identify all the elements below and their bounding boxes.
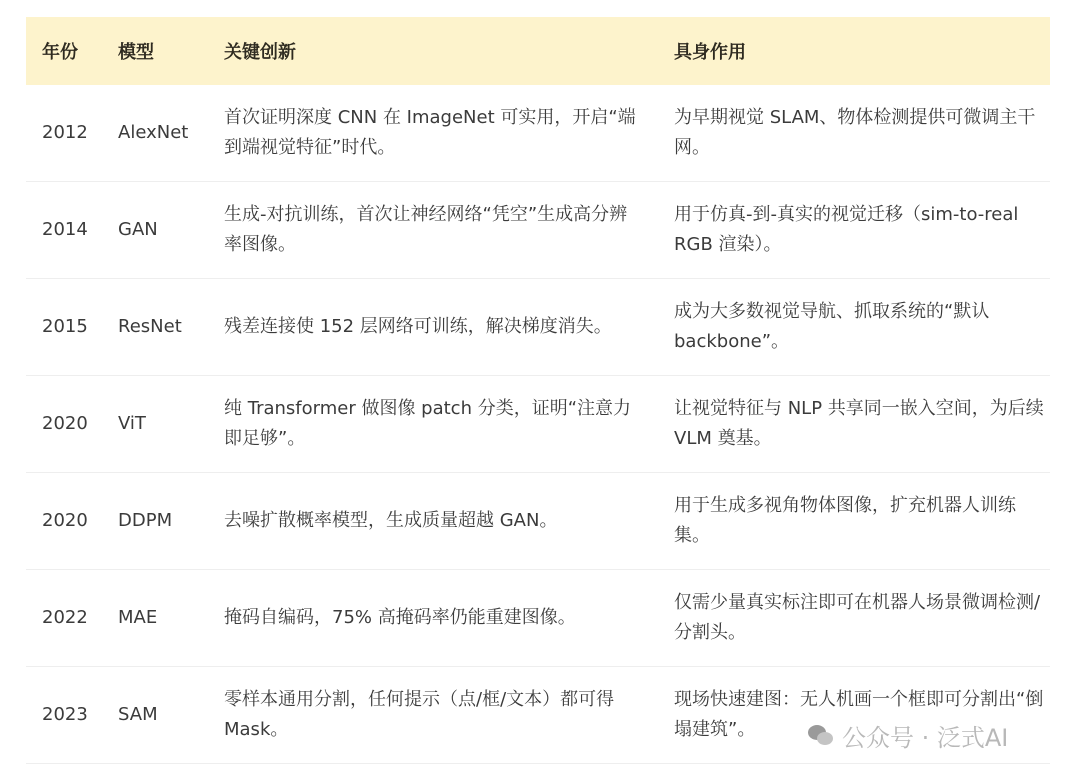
cell-innovation: 去噪扩散概率模型，生成质量超越 GAN。 — [224, 506, 644, 536]
cell-model: ResNet — [118, 312, 218, 342]
cell-innovation: 零样本通用分割，任何提示（点/框/文本）都可得 Mask。 — [224, 685, 644, 745]
wechat-icon — [808, 725, 834, 747]
cell-model: AlexNet — [118, 118, 218, 148]
cell-year: 2012 — [42, 118, 112, 148]
cell-embodied-use: 用于生成多视角物体图像，扩充机器人训练集。 — [674, 491, 1044, 551]
cell-model: GAN — [118, 215, 218, 245]
table-header: 年份 模型 关键创新 具身作用 — [26, 17, 1050, 85]
header-model: 模型 — [118, 38, 218, 64]
header-innovation: 关键创新 — [224, 38, 644, 64]
model-timeline-table: 年份 模型 关键创新 具身作用 2012 AlexNet 首次证明深度 CNN … — [26, 17, 1050, 764]
cell-embodied-use: 为早期视觉 SLAM、物体检测提供可微调主干网。 — [674, 103, 1044, 163]
cell-embodied-use: 成为大多数视觉导航、抓取系统的“默认 backbone”。 — [674, 297, 1044, 357]
cell-year: 2020 — [42, 409, 112, 439]
cell-innovation: 残差连接使 152 层网络可训练，解决梯度消失。 — [224, 312, 644, 342]
table-row: 2022 MAE 掩码自编码，75% 高掩码率仍能重建图像。 仅需少量真实标注即… — [26, 570, 1050, 667]
cell-year: 2014 — [42, 215, 112, 245]
cell-model: ViT — [118, 409, 218, 439]
cell-innovation: 纯 Transformer 做图像 patch 分类，证明“注意力即足够”。 — [224, 394, 644, 454]
watermark-text: 公众号 · 泛式AI — [842, 718, 1008, 753]
cell-embodied-use: 仅需少量真实标注即可在机器人场景微调检测/分割头。 — [674, 588, 1044, 648]
cell-year: 2022 — [42, 603, 112, 633]
cell-embodied-use: 用于仿真-到-真实的视觉迁移（sim-to-real RGB 渲染）。 — [674, 200, 1044, 260]
table-row: 2014 GAN 生成-对抗训练，首次让神经网络“凭空”生成高分辨率图像。 用于… — [26, 182, 1050, 279]
cell-year: 2023 — [42, 700, 112, 730]
cell-model: MAE — [118, 603, 218, 633]
cell-innovation: 生成-对抗训练，首次让神经网络“凭空”生成高分辨率图像。 — [224, 200, 644, 260]
cell-embodied-use: 让视觉特征与 NLP 共享同一嵌入空间，为后续 VLM 奠基。 — [674, 394, 1044, 454]
cell-model: DDPM — [118, 506, 218, 536]
header-year: 年份 — [42, 38, 112, 64]
table-row: 2012 AlexNet 首次证明深度 CNN 在 ImageNet 可实用，开… — [26, 85, 1050, 182]
cell-innovation: 首次证明深度 CNN 在 ImageNet 可实用，开启“端到端视觉特征”时代。 — [224, 103, 644, 163]
table-row: 2020 DDPM 去噪扩散概率模型，生成质量超越 GAN。 用于生成多视角物体… — [26, 473, 1050, 570]
table-row: 2015 ResNet 残差连接使 152 层网络可训练，解决梯度消失。 成为大… — [26, 279, 1050, 376]
table-row: 2020 ViT 纯 Transformer 做图像 patch 分类，证明“注… — [26, 376, 1050, 473]
cell-year: 2020 — [42, 506, 112, 536]
cell-innovation: 掩码自编码，75% 高掩码率仍能重建图像。 — [224, 603, 644, 633]
cell-model: SAM — [118, 700, 218, 730]
header-embodied-use: 具身作用 — [674, 38, 1044, 64]
watermark: 公众号 · 泛式AI — [808, 718, 1008, 753]
cell-year: 2015 — [42, 312, 112, 342]
